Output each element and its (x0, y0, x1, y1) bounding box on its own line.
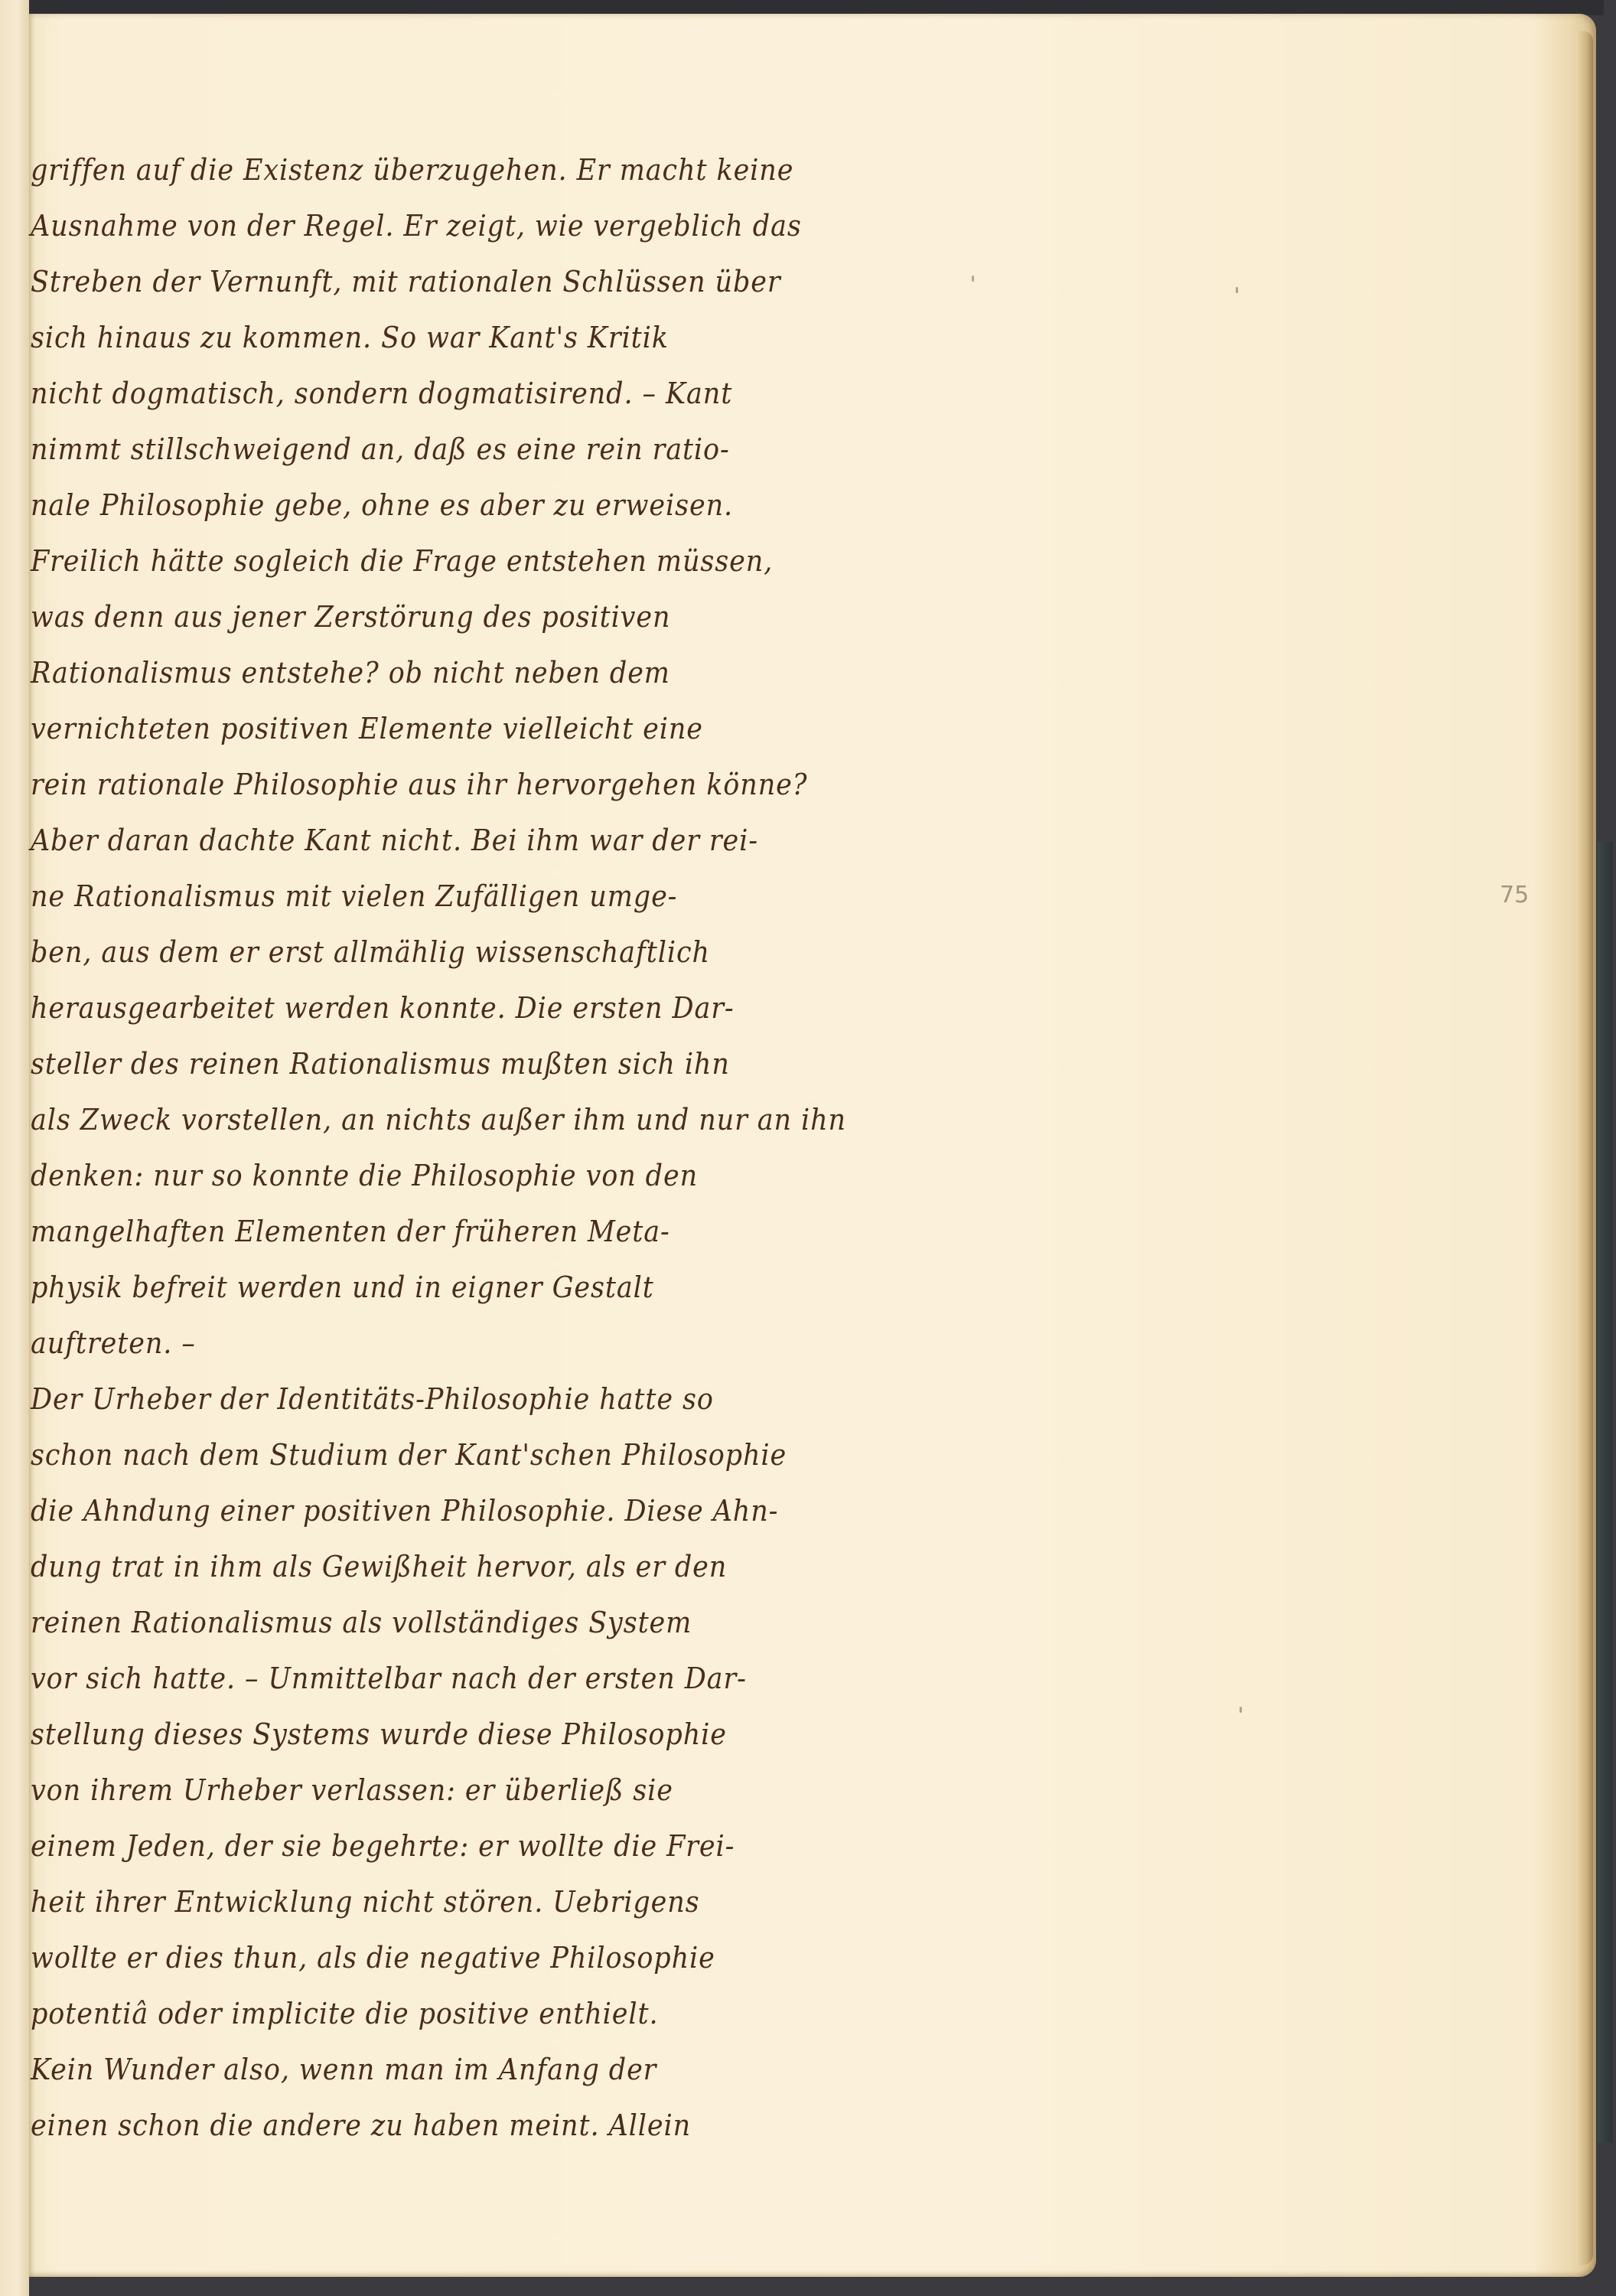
text-line: Der Urheber der Identitäts-Philosophie h… (31, 1371, 1002, 1427)
text-line: griffen auf die Existenz überzugehen. Er… (31, 142, 1002, 198)
text-line: von ihrem Urheber verlassen: er überließ… (31, 1763, 1002, 1818)
text-line: als Zweck vorstellen, an nichts außer ih… (31, 1092, 1002, 1148)
text-line: nicht dogmatisch, sondern dogmatisirend.… (31, 366, 1002, 422)
text-line: Streben der Vernunft, mit rationalen Sch… (31, 254, 1002, 310)
text-line: Rationalismus entstehe? ob nicht neben d… (31, 645, 1002, 701)
text-line: auftreten. – (31, 1316, 1002, 1371)
text-line: denken: nur so konnte die Philosophie vo… (31, 1148, 1002, 1204)
text-line: Aber daran dachte Kant nicht. Bei ihm wa… (31, 813, 1002, 869)
text-line: potentiâ oder implicite die positive ent… (31, 1986, 1002, 2042)
pencil-page-number: 75 (1500, 882, 1529, 908)
text-line: steller des reinen Rationalismus mußten … (31, 1036, 1002, 1092)
text-line: Freilich hätte sogleich die Frage entste… (31, 533, 1002, 589)
text-line: Ausnahme von der Regel. Er zeigt, wie ve… (31, 198, 1002, 254)
text-line: rein rationale Philosophie aus ihr hervo… (31, 757, 1002, 813)
text-line: sich hinaus zu kommen. So war Kant's Kri… (31, 310, 1002, 366)
previous-page-edge (0, 0, 29, 2296)
ink-speck (1240, 1707, 1242, 1713)
text-line: einen schon die andere zu haben meint. A… (31, 2098, 1002, 2154)
text-line: dung trat in ihm als Gewißheit hervor, a… (31, 1539, 1002, 1595)
text-line: wollte er dies thun, als die negative Ph… (31, 1930, 1002, 1986)
text-line: Kein Wunder also, wenn man im Anfang der (31, 2042, 1002, 2098)
text-line: die Ahndung einer positiven Philosophie.… (31, 1483, 1002, 1539)
binding-cloth (1598, 842, 1613, 2143)
text-line: mangelhaften Elementen der früheren Meta… (31, 1204, 1002, 1260)
handwritten-text-block: griffen auf die Existenz überzugehen. Er… (31, 142, 1087, 2154)
text-line: nimmt stillschweigend an, daß es eine re… (31, 422, 1002, 478)
text-line: ben, aus dem er erst allmählig wissensch… (31, 925, 1002, 980)
text-line: stellung dieses Systems wurde diese Phil… (31, 1707, 1002, 1763)
text-line: was denn aus jener Zerstörung des positi… (31, 589, 1002, 645)
ink-speck (1236, 287, 1238, 293)
text-line: einem Jeden, der sie begehrte: er wollte… (31, 1818, 1002, 1874)
text-line: schon nach dem Studium der Kant'schen Ph… (31, 1427, 1002, 1483)
scan-background-top (28, 0, 1604, 15)
text-line: vernichteten positiven Elemente vielleic… (31, 701, 1002, 757)
text-line: ne Rationalismus mit vielen Zufälligen u… (31, 869, 1002, 925)
page-fore-edge (1576, 31, 1593, 2265)
text-line: nale Philosophie gebe, ohne es aber zu e… (31, 478, 1002, 533)
text-line: physik befreit werden und in eigner Gest… (31, 1260, 1002, 1316)
text-line: vor sich hatte. – Unmittelbar nach der e… (31, 1651, 1002, 1707)
text-line: reinen Rationalismus als vollständiges S… (31, 1595, 1002, 1651)
text-line: heit ihrer Entwicklung nicht stören. Ueb… (31, 1874, 1002, 1930)
text-line: herausgearbeitet werden konnte. Die erst… (31, 980, 1002, 1036)
